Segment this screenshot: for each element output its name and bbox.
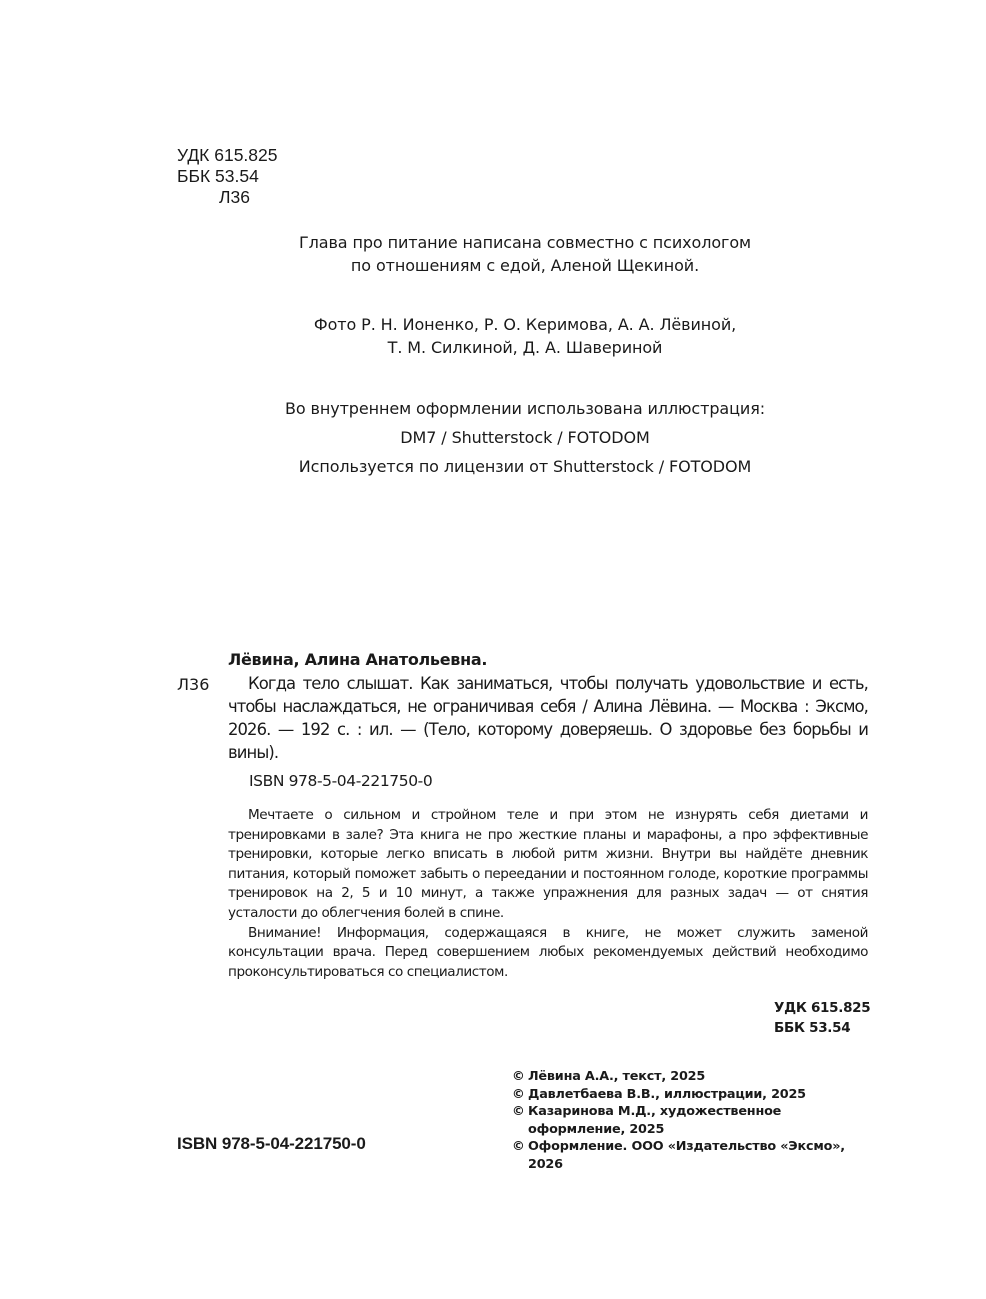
copyright-icon: © [512,1103,528,1138]
copyright-icon: © [512,1068,528,1086]
copyright-text: Казаринова М.Д., художественное оформлен… [528,1103,873,1138]
credit-line: Глава про питание написана совместно с п… [200,231,850,254]
copyright-item: © Лёвина А.А., текст, 2025 [512,1068,873,1086]
isbn-bottom: ISBN 978-5-04-221750-0 [177,1134,366,1154]
copyright-item: © Оформление. ООО «Издательство «Эксмо»,… [512,1138,873,1173]
classification-top: УДК 615.825 ББК 53.54 Л36 [177,145,278,208]
catalog-description: Когда тело слышат. Как заниматься, чтобы… [228,672,868,764]
catalog-author: Лёвина, Алина Анатольевна. [228,650,487,669]
catalog-isbn: ISBN 978-5-04-221750-0 [249,772,432,790]
annotation-warning: Внимание! Информация, содержащаяся в кни… [228,924,868,983]
copyright-text: Давлетбаева В.В., иллюстрации, 2025 [528,1086,873,1104]
credit-line: Фото Р. Н. Ионенко, Р. О. Керимова, А. А… [200,313,850,336]
annotation-paragraph: Мечтаете о сильном и стройном теле и при… [228,806,868,924]
bbk-code: ББК 53.54 [774,1018,870,1038]
photo-credit: Фото Р. Н. Ионенко, Р. О. Керимова, А. А… [200,313,850,359]
udk-code: УДК 615.825 [774,998,870,1018]
credit-line: Т. М. Силкиной, Д. А. Шавериной [200,336,850,359]
copyright-item: © Давлетбаева В.В., иллюстрации, 2025 [512,1086,873,1104]
catalog-author-mark: Л36 [177,675,209,694]
annotation: Мечтаете о сильном и стройном теле и при… [228,806,868,982]
udk-code: УДК 615.825 [177,145,278,166]
copyright-icon: © [512,1086,528,1104]
classification-bottom: УДК 615.825 ББК 53.54 [774,998,870,1038]
credit-line: по отношениям с едой, Аленой Щекиной. [200,254,850,277]
nutrition-chapter-credit: Глава про питание написана совместно с п… [200,231,850,277]
credit-line: Используется по лицензии от Shutterstock… [200,452,850,481]
bbk-code: ББК 53.54 [177,166,278,187]
credit-line: DM7 / Shutterstock / FOTODOM [200,423,850,452]
copyright-text: Лёвина А.А., текст, 2025 [528,1068,873,1086]
copyright-text: Оформление. ООО «Издательство «Эксмо», 2… [528,1138,873,1173]
copyright-list: © Лёвина А.А., текст, 2025 © Давлетбаева… [512,1068,873,1174]
credit-line: Во внутреннем оформлении использована ил… [200,394,850,423]
author-mark: Л36 [177,187,278,208]
copyright-icon: © [512,1138,528,1173]
illustration-credit: Во внутреннем оформлении использована ил… [200,394,850,481]
copyright-item: © Казаринова М.Д., художественное оформл… [512,1103,873,1138]
